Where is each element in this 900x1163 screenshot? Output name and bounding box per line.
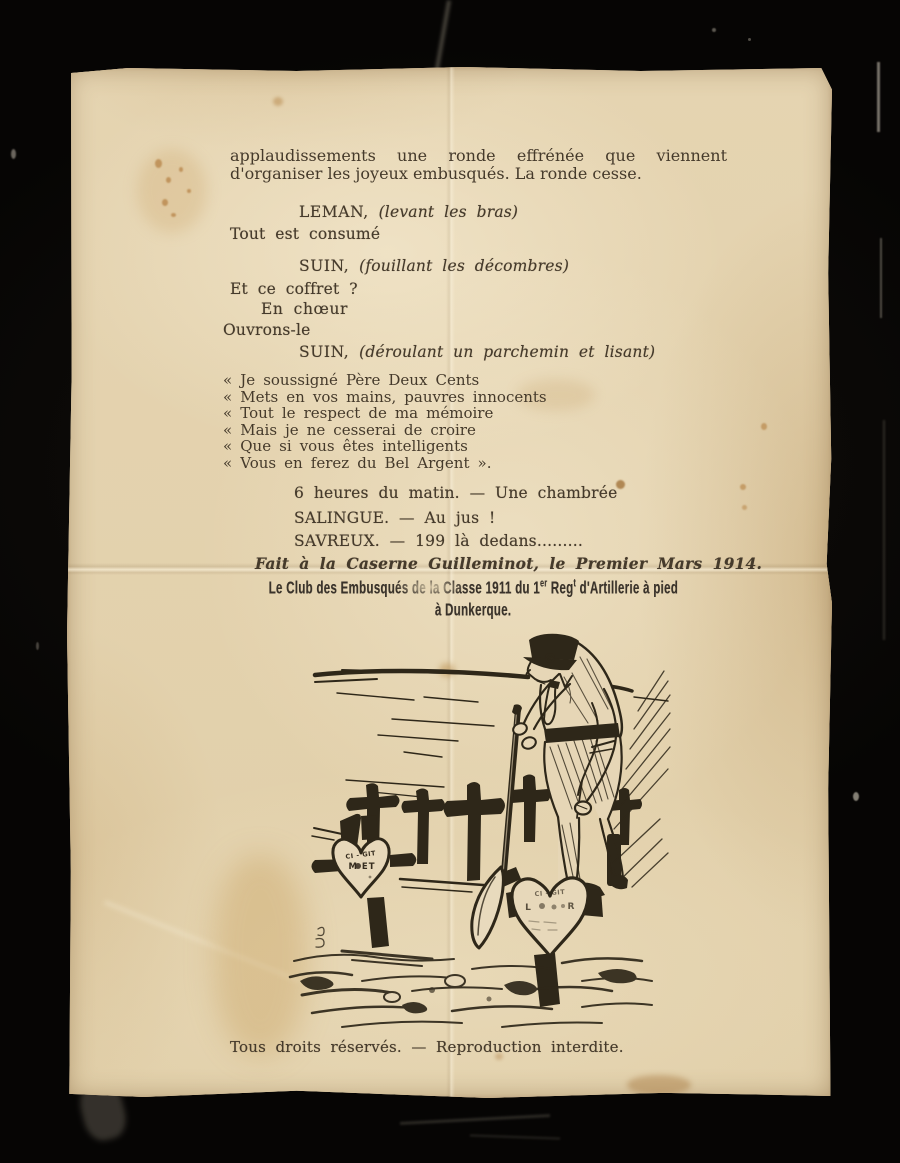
stain (171, 213, 176, 217)
stain (179, 167, 183, 172)
stage-cue-chorus: En chœur (261, 300, 348, 318)
dialogue-leman: Tout est consumé (230, 225, 380, 243)
stain (742, 505, 747, 510)
dust-speck (712, 28, 716, 32)
paper-crease-diagonal (104, 900, 301, 983)
club-stamp-line-1: Le Club des Embusqués de la Classe 1911 … (97, 579, 849, 598)
prose-paragraph: applaudissements une ronde effrénée que … (230, 147, 727, 183)
stain (187, 189, 191, 193)
scratch-mark (883, 420, 885, 640)
prose-line-2: les joyeux embusqués. La ronde cesse. (328, 164, 642, 183)
poem-line: « Je soussigné Père Deux Cents (223, 372, 547, 389)
rights-notice: Tous droits réservés. — Reproduction int… (230, 1038, 624, 1056)
stage-cue-suin-1: SUIN, (fouillant les décombres) (299, 257, 569, 275)
club-stamp-line-2: à Dunkerque. (97, 602, 849, 620)
poem-block: « Je soussigné Père Deux Cents « Mets en… (223, 372, 547, 472)
stain (166, 177, 171, 183)
poem-line: « Mais je ne cesserai de croire (223, 422, 547, 439)
ground-hatching (290, 951, 652, 1027)
stain (155, 159, 162, 168)
poem-line: « Mets en vos mains, pauvres innocents (223, 389, 547, 406)
poem-line: « Que si vous êtes intelligents (223, 438, 547, 455)
stain (761, 423, 767, 430)
dialogue-suin: Et ce coffret ? (230, 280, 358, 298)
stage-cue-suin-2: SUIN, (déroulant un parchemin et lisant) (299, 343, 655, 361)
dust-speck (748, 38, 751, 41)
stain (137, 149, 207, 233)
scene-heading: 6 heures du matin. — Une chambrée (294, 484, 618, 502)
stone (384, 992, 400, 1002)
grave-cross-left: CI - GIT M ET (312, 814, 417, 948)
scratch-mark (400, 1114, 550, 1125)
speaker-name: SUIN, (299, 343, 349, 361)
stamp-text: Reg (547, 579, 573, 598)
stone (445, 975, 465, 987)
speaker-name: LEMAN, (299, 203, 369, 221)
colophon-line: Fait à la Caserne Guilleminot, le Premie… (255, 554, 762, 573)
document-page: applaudissements une ronde effrénée que … (67, 67, 832, 1098)
stain (162, 199, 168, 206)
dust-speck (36, 642, 39, 650)
scratch-mark (880, 238, 882, 318)
heart-left-text-2: M ET (348, 862, 375, 872)
dialogue-chorus: Ouvrons-le (223, 321, 311, 339)
stain (273, 97, 283, 106)
stain (740, 484, 746, 490)
dialogue-savreux: SAVREUX. — 199 là dedans......... (294, 532, 583, 550)
scratch-mark (435, 0, 451, 70)
scratch-mark (877, 62, 880, 132)
stamp-superscript: er (540, 578, 547, 590)
speaker-name: SUIN, (299, 257, 349, 275)
stain (627, 1075, 691, 1095)
far-shoe (610, 875, 628, 889)
scan-background: applaudissements une ronde effrénée que … (0, 0, 900, 1163)
dust-speck (853, 792, 859, 801)
dialogue-salingue: SALINGUE. — Au jus ! (294, 509, 495, 527)
stage-direction: (levant les bras) (379, 203, 519, 221)
stage-direction: (déroulant un parchemin et lisant) (359, 343, 655, 361)
heart-right-text-2a: L (525, 903, 531, 913)
gravedigger-illustration: CI - GIT M ET CI - GIT L R (282, 629, 672, 1039)
poem-line: « Tout le respect de ma mémoire (223, 405, 547, 422)
scratch-mark (470, 1134, 560, 1139)
stamp-ink-fade (395, 577, 465, 597)
dust-speck (11, 149, 16, 159)
poem-line: « Vous en ferez du Bel Argent ». (223, 455, 547, 472)
stamp-text: à Dunkerque. (435, 601, 511, 621)
stage-direction: (fouillant les décombres) (359, 257, 569, 275)
heart-right-text-2b: R (568, 902, 575, 912)
stage-cue-leman: LEMAN, (levant les bras) (299, 203, 518, 221)
stamp-text: d'Artillerie à pied (576, 579, 678, 598)
